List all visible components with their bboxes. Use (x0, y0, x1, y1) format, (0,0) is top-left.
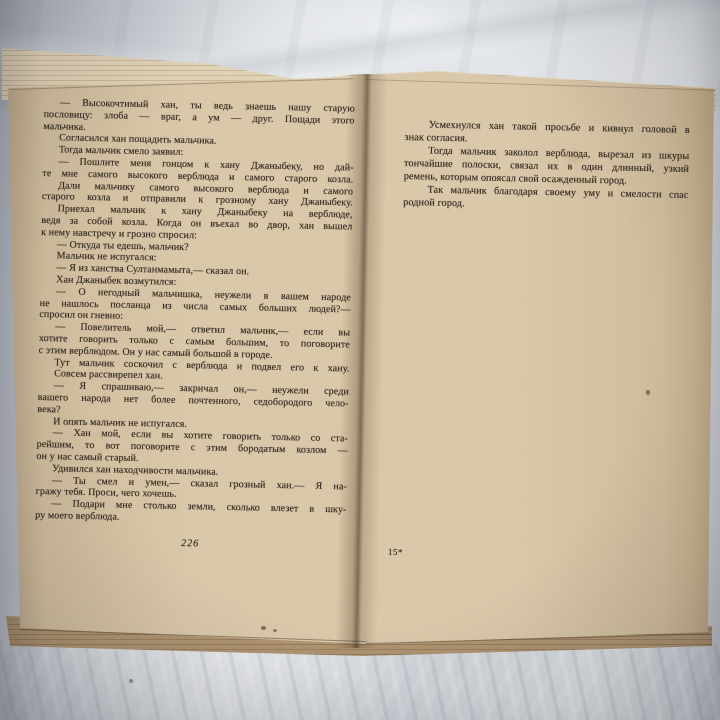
paper-stain (561, 148, 587, 166)
right-page-text: Усмехнулся хан такой просьбе и кивнул го… (403, 118, 690, 215)
left-page-lines: — Высокочтимый хан, ты ведь знаешь нашу … (35, 97, 355, 528)
paper-speck (273, 629, 277, 632)
open-book: — Высокочтимый хан, ты ведь знаешь нашу … (0, 0, 720, 720)
paper-speck (646, 390, 650, 395)
photo-of-open-book: — Высокочтимый хан, ты ведь знаешь нашу … (0, 0, 720, 720)
left-page-text: — Высокочтимый хан, ты ведь знаешь нашу … (35, 97, 355, 553)
paper-speck (261, 626, 266, 630)
signature-mark: 15* (388, 546, 403, 559)
paper-stain (90, 430, 108, 442)
right-page-lines: Усмехнулся хан такой просьбе и кивнул го… (403, 118, 690, 215)
fabric-speck (129, 679, 133, 683)
